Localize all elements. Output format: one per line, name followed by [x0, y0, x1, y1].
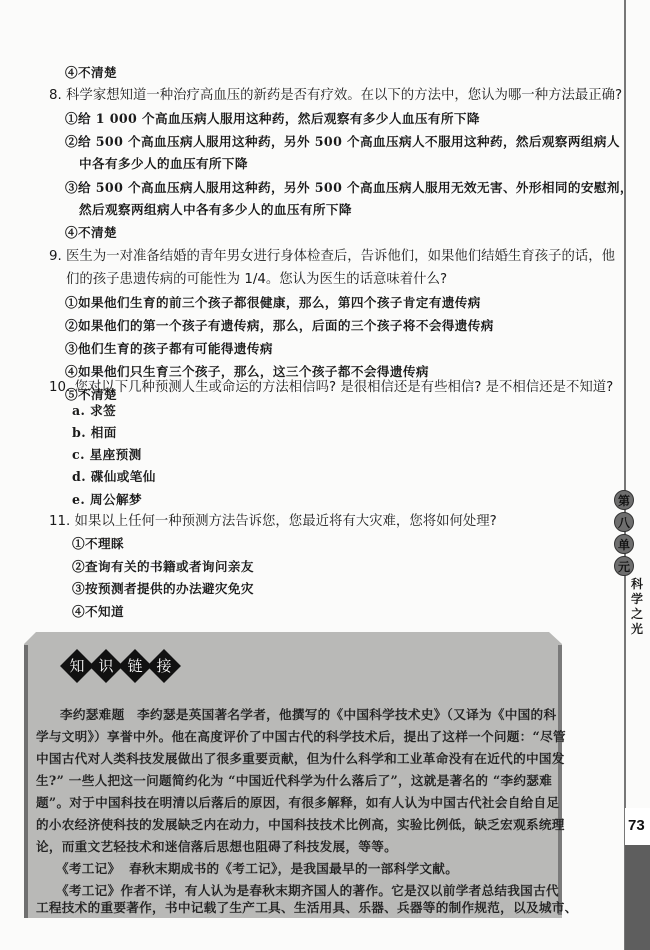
- term-joseph-needham-question: 李约瑟难题: [60, 707, 124, 722]
- subject-char: 科: [629, 577, 645, 592]
- q10-option: d. 碟仙或笔仙: [72, 468, 156, 486]
- q10-question: 10. 您对以下几种预测人生或命运的方法相信吗? 是很相信还是有些相信? 是不相…: [49, 379, 613, 397]
- subject-char: 光: [629, 622, 645, 637]
- knowledge-para1-line: 生?” 一些人把这一问题简约化为 “中国近代科学为什么落后了”，这就是著名的 “…: [36, 772, 552, 790]
- chapter-marker-char: 元: [614, 556, 634, 576]
- q10-option: b. 相面: [72, 424, 117, 442]
- q11-option: ③按预测者提供的办法避灾免灾: [72, 580, 254, 598]
- q9-question-cont: 们的孩子患遗传病的可能性为 1/4。您认为医生的话意味着什么?: [66, 271, 447, 289]
- knowledge-para1-line: 学与文明》）享誉中外。他在高度评价了中国古代的科学技术后，提出了这样一个问题：“…: [36, 728, 566, 746]
- knowledge-para1-line: 的小农经济使科技的发展缺乏内在动力，中国科技技术比例高，实验比例低，缺乏宏观系统…: [36, 816, 565, 834]
- q11-question: 11. 如果以上任何一种预测方法告诉您，您最近将有大灾难，您将如何处理?: [49, 513, 497, 531]
- q8-option: ①给 1 000 个高血压病人服用这种药，然后观察有多少人血压有所下降: [65, 110, 480, 128]
- para-text: 李约瑟是英国著名学者，他撰写的《中国科学技术史》（又译为《中国的科: [137, 707, 556, 722]
- q8-option-cont: 然后观察两组病人中各有多少人的血压有所下降: [79, 201, 352, 219]
- q11-option: ①不理睬: [72, 535, 124, 553]
- page-number: 73: [628, 817, 645, 834]
- q7-option-4: ④不清楚: [65, 64, 117, 82]
- knowledge-para3-line: 工程技术的重要著作，书中记载了生产工具、生活用具、乐器、兵器等的制作规范，以及城…: [36, 899, 578, 917]
- subject-label: 科 学 之 光: [629, 577, 645, 637]
- q9-option: ①如果他们生育的前三个孩子都很健康，那么，第四个孩子肯定有遗传病: [65, 294, 481, 312]
- knowledge-title-char: 接: [147, 656, 181, 676]
- chapter-marker-char: 单: [614, 534, 634, 554]
- knowledge-box-edge: [558, 645, 562, 915]
- chapter-marker-char: 第: [614, 490, 634, 510]
- q9-option: ②如果他们的第一个孩子有遗传病，那么，后面的三个孩子将不会得遗传病: [65, 317, 494, 335]
- q8-question: 8. 科学家想知道一种治疗高血压的新药是否有疗效。在以下的方法中，您认为哪一种方…: [49, 87, 622, 105]
- knowledge-box-edge: [24, 645, 28, 918]
- q10-option: c. 星座预测: [72, 446, 142, 464]
- chapter-marker-char: 八: [614, 512, 634, 532]
- q11-option: ④不知道: [72, 603, 124, 621]
- q9-option: ③他们生育的孩子都有可能得遗传病: [65, 340, 273, 358]
- q10-option: a. 求签: [72, 402, 116, 420]
- page-edge-tab: [625, 845, 650, 950]
- knowledge-para1-line1: 李约瑟难题 李约瑟是英国著名学者，他撰写的《中国科学技术史》（又译为《中国的科: [60, 706, 556, 724]
- term-kaogongji: 《考工记》: [56, 861, 120, 876]
- knowledge-para1-line: 论，而重文艺轻技术和迷信落后思想也阻碍了科技发展，等等。: [36, 838, 397, 856]
- q8-option-cont: 中各有多少人的血压有所下降: [79, 155, 248, 173]
- knowledge-para3-line: 《考工记》作者不详，有人认为是春秋末期齐国人的著作。它是汉以前学者总结我国古代: [56, 882, 559, 900]
- subject-char: 学: [629, 592, 645, 607]
- knowledge-para1-line: 中国古代对人类科技发展做出了很多重要贡献，但为什么科学和工业革命没有在近代的中国…: [36, 750, 565, 768]
- q10-option: e. 周公解梦: [72, 491, 142, 509]
- knowledge-para2: 《考工记》 春秋末期成书的《考工记》，是我国最早的一部科学文献。: [56, 860, 458, 878]
- q8-option: ④不清楚: [65, 224, 117, 242]
- subject-char: 之: [629, 607, 645, 622]
- q11-option: ②查询有关的书籍或者询问亲友: [72, 558, 254, 576]
- knowledge-para1-line: 题”。对于中国科技在明清以后落后的原因，有很多解释，如有人认为中国古代社会自给自…: [36, 794, 559, 812]
- q8-option: ③给 500 个高血压病人服用这种药，另外 500 个高血压病人服用无效无害、外…: [65, 179, 633, 197]
- para-text: 春秋末期成书的《考工记》，是我国最早的一部科学文献。: [129, 861, 458, 876]
- q9-question: 9. 医生为一对准备结婚的青年男女进行身体检查后，告诉他们，如果他们结婚生育孩子…: [49, 248, 615, 266]
- q8-option: ②给 500 个高血压病人服用这种药，另外 500 个高血压病人不服用这种药，然…: [65, 133, 620, 151]
